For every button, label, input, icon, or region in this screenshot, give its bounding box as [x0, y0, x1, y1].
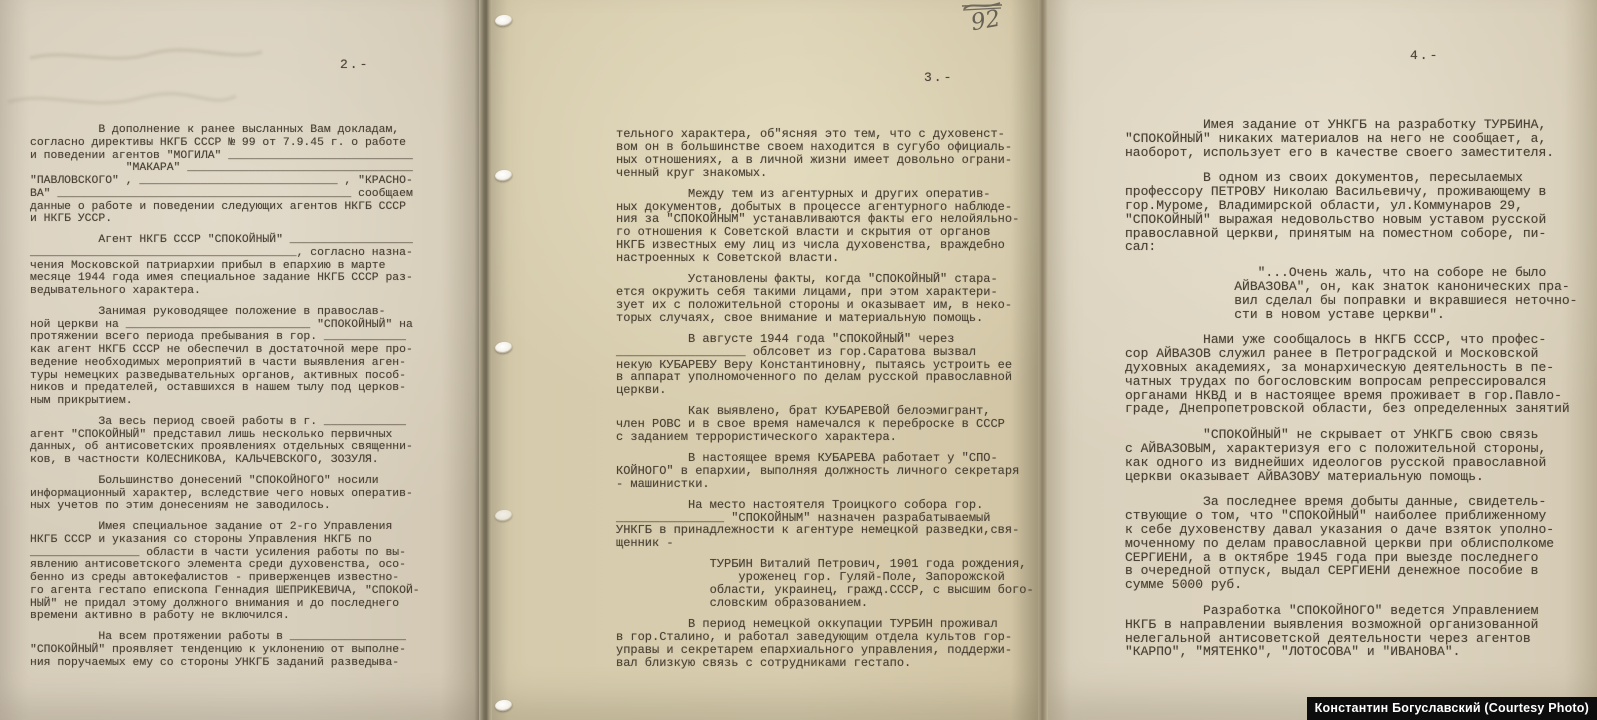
paragraph: Как выявлено, брат КУБАРЕВОЙ белоэмигран… [616, 405, 1038, 444]
paragraph: Между тем из агентурных и других операти… [616, 188, 1038, 265]
paragraph: В дополнение к ранее высланных Вам докла… [30, 124, 474, 226]
paragraph: Нами уже сообщалось в НКГБ СССР, что про… [1125, 333, 1590, 416]
paragraph: Имея специальное задание от 2-го Управле… [30, 521, 474, 623]
paragraph: За последнее время добыты данные, свидет… [1125, 495, 1590, 592]
page-edge-shadow [479, 0, 492, 720]
document-page-4: 4.- Имея задание от УНКГБ на разработку … [1048, 0, 1597, 720]
document-page-2: 2.- В дополнение к ранее высланных Вам д… [0, 0, 479, 720]
paragraph: "СПОКОЙНЫЙ" не скрывает от УНКГБ свою св… [1125, 428, 1590, 483]
page-number: 4.- [1410, 48, 1439, 63]
paragraph: тельного характера, об"ясняя это тем, чт… [616, 128, 1038, 180]
paragraph: На место настоятеля Троицкого собора гор… [616, 499, 1038, 551]
page-number: 2.- [340, 57, 369, 72]
page-text: Имея задание от УНКГБ на разработку ТУРБ… [1125, 118, 1590, 671]
page-edge-shadow [1038, 0, 1048, 720]
paragraph: Установлены факты, когда "СПОКОЙНЫЙ" ста… [616, 273, 1038, 325]
page-number: 3.- [924, 70, 953, 85]
paragraph: В одном из своих документов, пересылаемы… [1125, 171, 1590, 254]
paragraph: "...Очень жаль, что на соборе не было АЙ… [1125, 266, 1590, 321]
punch-hole [494, 509, 512, 522]
punch-hole [494, 699, 512, 712]
document-page-3: 92 3.- тельного характера, об"ясняя это … [492, 0, 1038, 720]
punch-hole [494, 341, 512, 354]
document-scan: 2.- В дополнение к ранее высланных Вам д… [0, 0, 1597, 720]
page-text: тельного характера, об"ясняя это тем, чт… [616, 128, 1038, 678]
bleed-through-handwriting [0, 40, 300, 130]
punch-hole [494, 169, 512, 182]
handwritten-page-mark: 92 [969, 6, 1002, 37]
paragraph: ТУРБИН Виталий Петрович, 1901 года рожде… [616, 558, 1038, 610]
paragraph: Занимая руководящее положение в правосла… [30, 306, 474, 408]
paragraph: Большинство донесений "СПОКОЙНОГО" носил… [30, 475, 474, 513]
paragraph: Агент НКГБ СССР "СПОКОЙНЫЙ" ____________… [30, 234, 474, 298]
paragraph: В период немецкой оккупации ТУРБИН прожи… [616, 618, 1038, 670]
punch-hole [494, 14, 512, 27]
paragraph: За весь период своей работы в г. _______… [30, 416, 474, 467]
paragraph: Разработка "СПОКОЙНОГО" ведется Управлен… [1125, 604, 1590, 659]
paragraph: На всем протяжении работы в ____________… [30, 631, 474, 669]
paragraph: В августе 1944 года "СПОКОЙНЫЙ" через __… [616, 333, 1038, 398]
paragraph: Имея задание от УНКГБ на разработку ТУРБ… [1125, 118, 1590, 159]
paragraph: В настоящее время КУБАРЕВА работает у "С… [616, 452, 1038, 491]
page-text: В дополнение к ранее высланных Вам докла… [30, 124, 474, 677]
photo-credit: Константин Богуславский (Courtesy Photo) [1307, 697, 1597, 720]
